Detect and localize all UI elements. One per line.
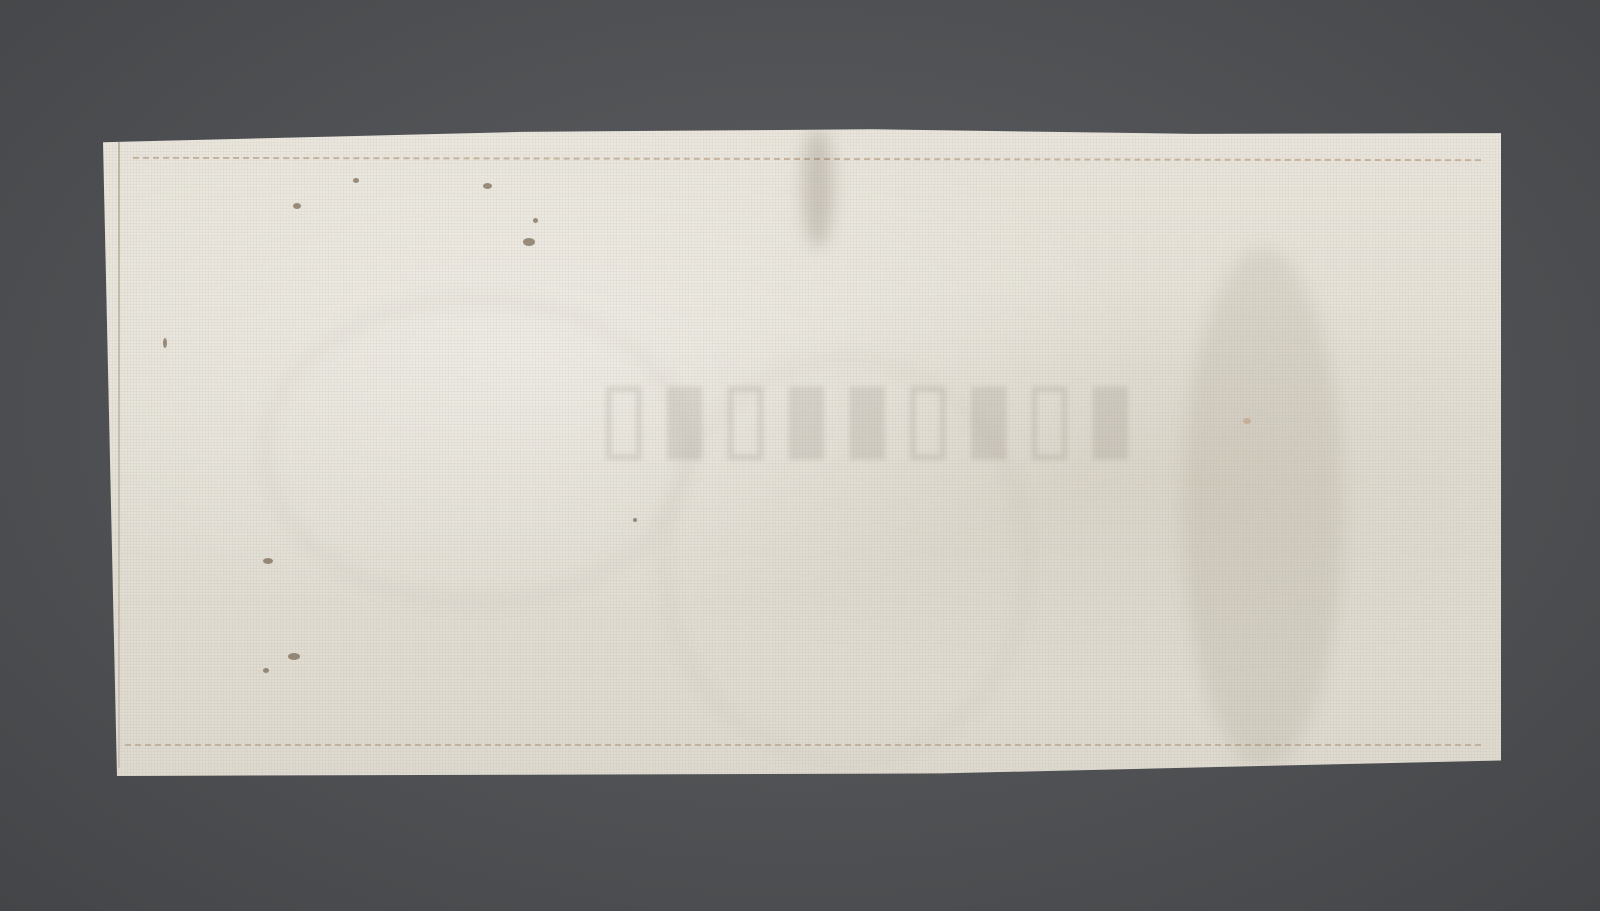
stain-spot (163, 338, 167, 348)
stain-spot (293, 203, 301, 209)
stain-spot (288, 653, 300, 660)
stain-spot (483, 183, 492, 189)
left-fold-edge (118, 138, 120, 768)
stain-spot (1243, 418, 1251, 424)
stain-spot (263, 668, 269, 673)
stain-spot (263, 558, 273, 564)
stain-spot (523, 238, 535, 246)
fabric-crease (1183, 248, 1343, 768)
cloth-armband: ▮▯▮▯▮▮▯▮▯ (103, 128, 1501, 776)
stain-spot (533, 218, 538, 223)
stain-spot (353, 178, 359, 183)
mirrored-bleed-through-text: ▮▯▮▯▮▮▯▮▯ (453, 358, 1273, 471)
fabric-crease (803, 128, 833, 248)
stain-spot (633, 518, 637, 522)
